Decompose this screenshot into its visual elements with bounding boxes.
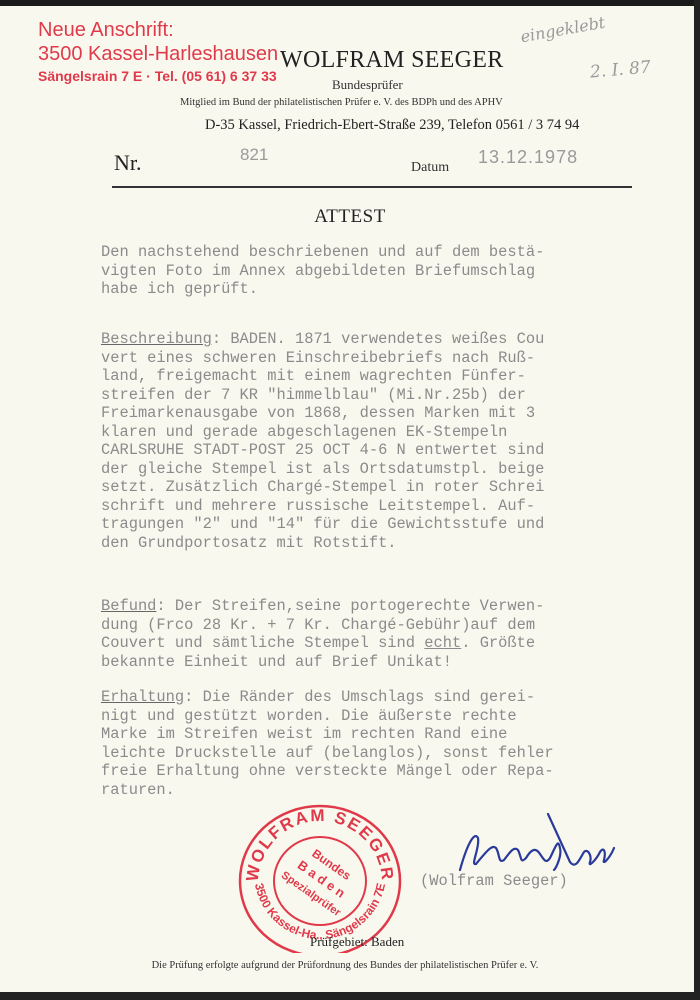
letterhead-membership: Mitglied im Bund der philatelistischen P… [180,97,503,108]
examination-area: Prüfgebiet: Baden [310,934,404,950]
footer-note: Die Prüfung erfolgte aufgrund der Prüfor… [0,960,690,971]
finding-paragraph: Befund: Der Streifen,seine portogerechte… [101,597,700,671]
stamp-outer-bottom: 3500 Kassel-Ha., Sängelsrain 7E [252,882,388,942]
number-label: Nr. [114,150,142,176]
scan-edge-bottom [0,992,700,1000]
letterhead-title: Bundesprüfer [332,77,403,93]
number-value: 821 [240,145,268,165]
condition-paragraph: Erhaltung: Die Ränder des Umschlags sind… [101,688,700,799]
intro-paragraph: Den nachstehend beschriebenen und auf de… [101,243,700,299]
finding-heading: Befund [101,597,156,615]
new-address-city: 3500 Kassel-Harleshausen [38,42,278,66]
description-paragraph: Beschreibung: BADEN. 1871 verwendetes we… [101,330,700,552]
description-heading: Beschreibung [101,330,212,348]
new-address-stamp: Neue Anschrift: 3500 Kassel-Harleshausen… [38,18,278,86]
official-stamp: WOLFRAM SEEGER 3500 Kassel-Ha., Sängelsr… [230,803,410,953]
date-value: 13.12.1978 [478,147,578,168]
svg-text:3500 Kassel-Ha., Sängelsrain 7: 3500 Kassel-Ha., Sängelsrain 7E [252,882,388,942]
description-text: : BADEN. 1871 verwendetes weißes Cou ver… [101,330,544,552]
letterhead-name: WOLFRAM SEEGER [280,47,504,74]
new-address-street-phone: Sängelsrain 7 E · Tel. (05 61) 6 37 33 [38,66,278,86]
condition-heading: Erhaltung [101,688,184,706]
document-title: ATTEST [0,206,700,228]
date-label: Datum [411,160,449,176]
finding-emphasis: echt [424,634,461,652]
new-address-heading: Neue Anschrift: [38,18,278,42]
typed-signer-name: (Wolfram Seeger) [420,872,568,890]
letterhead-address: D-35 Kassel, Friedrich-Ebert-Straße 239,… [205,117,579,134]
header-divider [112,186,632,188]
